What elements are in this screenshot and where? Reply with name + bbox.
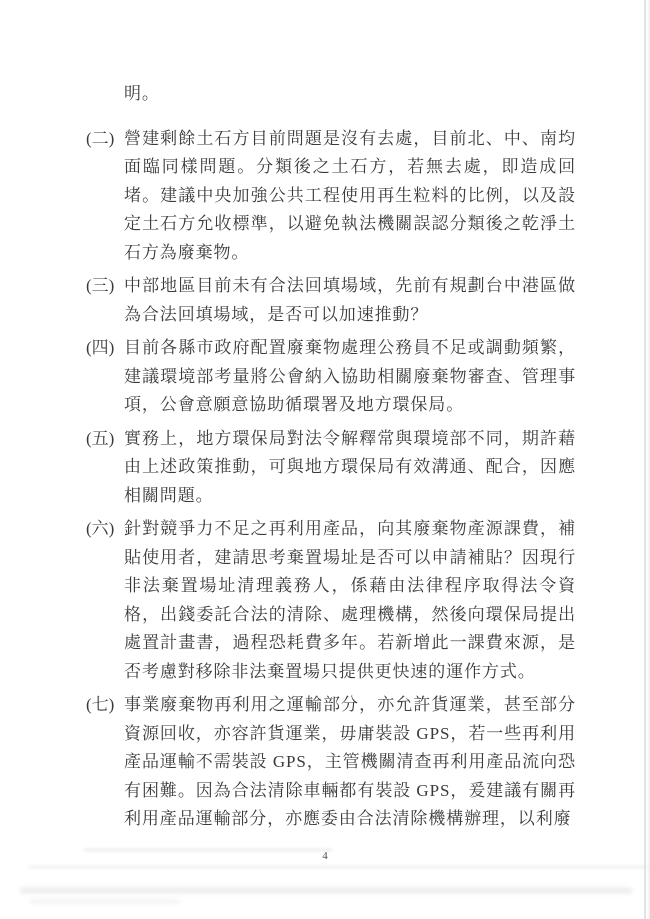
item-label: (三) (86, 272, 124, 301)
item-text: 實務上，地方環保局對法令解釋常與環境部不同，期許藉由上述政策推動，可與地方環保局… (124, 425, 576, 511)
list-item: (三) 中部地區目前未有合法回填場域，先前有規劃台中港區做為合法回填場域，是否可… (86, 272, 576, 329)
item-text: 目前各縣市政府配置廢棄物處理公務員不足或調動頻繁，建議環境部考量將公會納入協助相… (124, 334, 576, 420)
scan-bleedthrough-smudge (30, 900, 180, 903)
item-text: 營建剩餘土石方目前問題是沒有去處，目前北、中、南均面臨同樣問題。分類後之土石方，… (124, 125, 576, 268)
item-text: 針對競爭力不足之再利用產品，向其廢棄物產源課費，補貼使用者，建請思考棄置場址是否… (124, 515, 576, 686)
list-item: (四) 目前各縣市政府配置廢棄物處理公務員不足或調動頻繁，建議環境部考量將公會納… (86, 334, 576, 420)
document-body: 明。 (二) 營建剩餘土石方目前問題是沒有去處，目前北、中、南均面臨同樣問題。分… (86, 80, 576, 839)
item-label: (六) (86, 515, 124, 544)
item-text: 中部地區目前未有合法回填場域，先前有規劃台中港區做為合法回填場域，是否可以加速推… (124, 272, 576, 329)
list-item: (六) 針對競爭力不足之再利用產品，向其廢棄物產源課費，補貼使用者，建請思考棄置… (86, 515, 576, 686)
item-label: (二) (86, 125, 124, 154)
list-item: (二) 營建剩餘土石方目前問題是沒有去處，目前北、中、南均面臨同樣問題。分類後之… (86, 125, 576, 268)
list-item: (七) 事業廢棄物再利用之運輸部分，亦允許貨運業，甚至部分資源回收，亦容許貨運業… (86, 691, 576, 834)
scan-bleedthrough-smudge (84, 849, 332, 851)
item-label: (四) (86, 334, 124, 363)
item-label: (七) (86, 691, 124, 720)
scanned-document-page: 明。 (二) 營建剩餘土石方目前問題是沒有去處，目前北、中、南均面臨同樣問題。分… (0, 0, 650, 919)
page-number: 4 (0, 850, 650, 862)
list-item: (五) 實務上，地方環保局對法令解釋常與環境部不同，期許藉由上述政策推動，可與地… (86, 425, 576, 511)
scan-bleedthrough-smudge (28, 866, 648, 868)
item-text: 事業廢棄物再利用之運輸部分，亦允許貨運業，甚至部分資源回收，亦容許貨運業，毋庸裝… (124, 691, 576, 834)
scan-bleedthrough-smudge (20, 888, 632, 893)
carryover-line: 明。 (124, 80, 576, 109)
scan-edge-line (644, 0, 646, 919)
item-label: (五) (86, 425, 124, 454)
